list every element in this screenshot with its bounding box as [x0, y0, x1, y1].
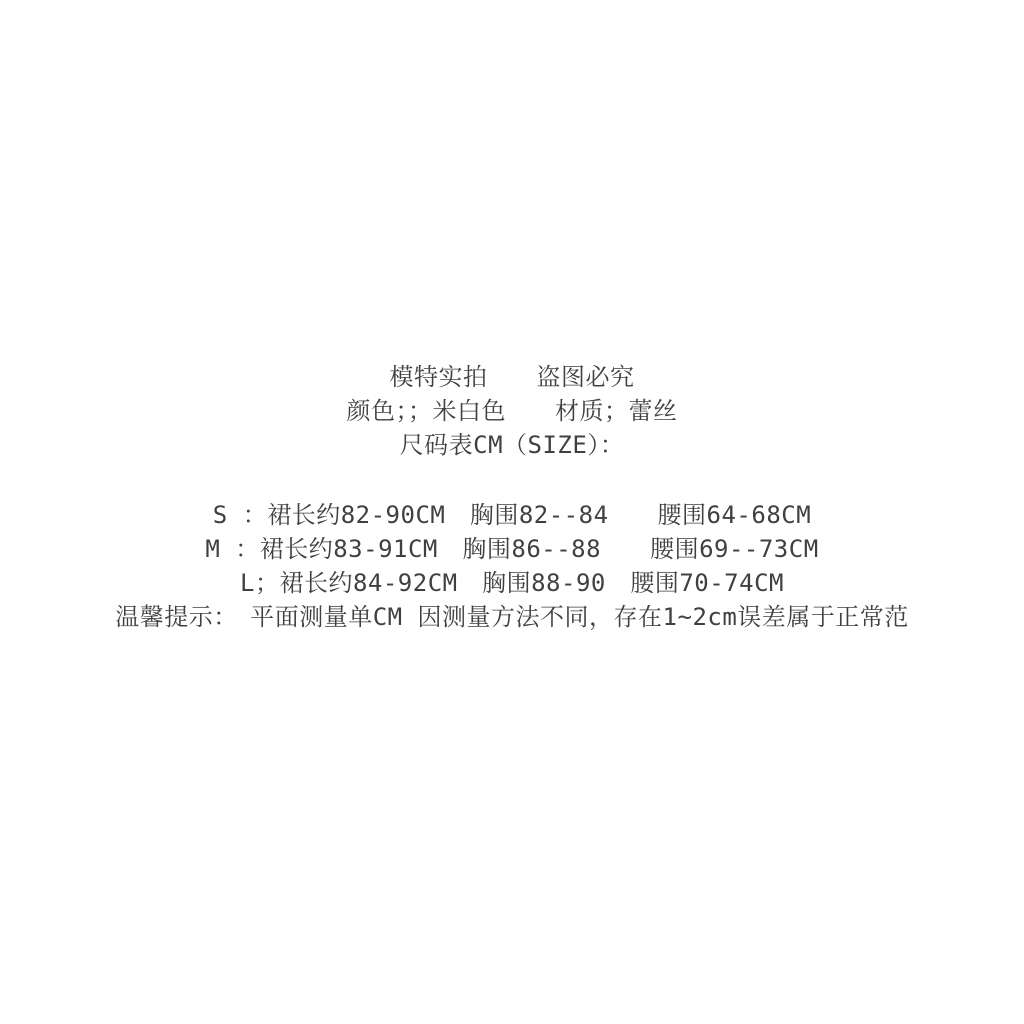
size-row-m: M ：裙长约83-91CM 胸围86--88 腰围69--73CM [0, 532, 1024, 566]
size-chart-rows: S ：裙长约82-90CM 胸围82--84 腰围64-68CM M ：裙长约8… [0, 498, 1024, 634]
color-material-line: 颜色；；米白色 材质；蕾丝 [0, 394, 1024, 428]
measurement-tip-line: 温馨提示： 平面测量单CM 因测量方法不同，存在1~2cm误差属于正常范 [0, 600, 1024, 634]
product-description-page: 模特实拍 盗图必究 颜色；；米白色 材质；蕾丝 尺码表CM（SIZE）： S ：… [0, 0, 1024, 1024]
size-row-s: S ：裙长约82-90CM 胸围82--84 腰围64-68CM [0, 498, 1024, 532]
photo-notice-line: 模特实拍 盗图必究 [0, 360, 1024, 394]
size-chart-heading: 尺码表CM（SIZE）： [0, 428, 1024, 462]
size-row-l: L；裙长约84-92CM 胸围88-90 腰围70-74CM [0, 566, 1024, 600]
product-info-text-block: 模特实拍 盗图必究 颜色；；米白色 材质；蕾丝 尺码表CM（SIZE）： S ：… [0, 360, 1024, 634]
